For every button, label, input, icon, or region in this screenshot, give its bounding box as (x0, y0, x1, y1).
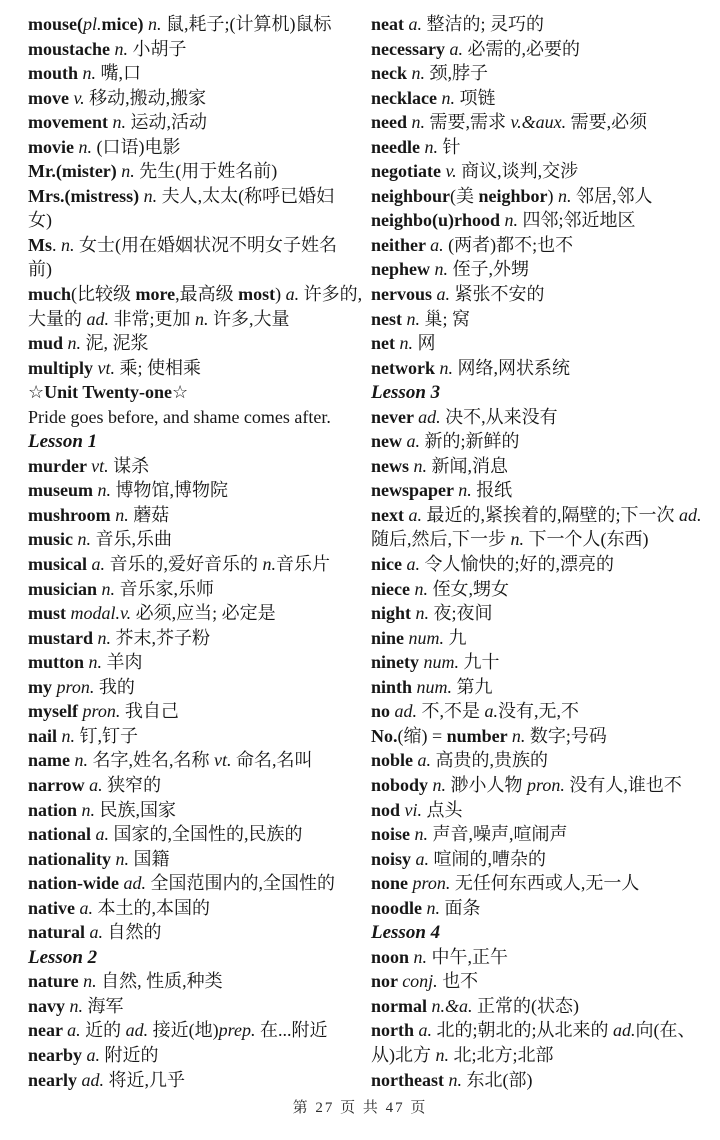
text-segment: n. (78, 137, 92, 157)
text-segment: pl. (83, 14, 102, 34)
text-segment: 嘴,口 (96, 63, 141, 83)
text-segment: a. (419, 1020, 433, 1040)
text-segment: mice) (102, 14, 148, 34)
entry-line: 前) (28, 257, 372, 282)
text-segment: neat (371, 14, 409, 34)
text-segment: ninth (371, 677, 417, 697)
text-segment: 侄子,外甥 (448, 259, 529, 279)
text-segment: neck (371, 63, 412, 83)
text-segment: need (371, 112, 412, 132)
text-segment: a. (407, 431, 421, 451)
text-segment: a. (286, 284, 300, 304)
text-segment: n.&a. (432, 996, 473, 1016)
text-segment: 夜;夜间 (429, 603, 493, 623)
text-segment: ad. (613, 1020, 636, 1040)
text-segment: murder (28, 456, 91, 476)
text-segment: n. (148, 14, 162, 34)
text-segment: n. (83, 63, 97, 83)
text-segment: nationality (28, 849, 116, 869)
text-segment: n. (415, 824, 429, 844)
text-segment: multiply (28, 358, 98, 378)
text-segment: 自然的 (103, 922, 162, 942)
text-segment: 邻居,邻人 (572, 186, 653, 206)
text-segment: v. (445, 161, 456, 181)
text-segment: 乘; 使相乘 (115, 358, 201, 378)
text-segment: n. (263, 554, 277, 574)
entry-line: nephew n. 侄子,外甥 (371, 257, 713, 282)
text-segment: night (371, 603, 416, 623)
entry-line: music n. 音乐,乐曲 (28, 527, 372, 552)
text-segment: pron. (413, 873, 451, 893)
entry-line: mustard n. 芥末,芥子粉 (28, 626, 372, 651)
text-segment: num. (409, 628, 445, 648)
text-segment: 本土的,本国的 (93, 898, 210, 918)
entry-line: news n. 新闻,消息 (371, 454, 713, 479)
text-segment: n. (400, 333, 414, 353)
text-segment: 钉,钉子 (75, 726, 138, 746)
text-segment: 需要,必须 (566, 112, 647, 132)
text-segment: 不,不是 (417, 701, 485, 721)
entry-line: neighbo(u)rhood n. 四邻;邻近地区 (371, 208, 713, 233)
entry-line: movie n. (口语)电影 (28, 135, 372, 160)
text-segment: a. (407, 554, 421, 574)
text-segment: pron. (527, 775, 565, 795)
entry-line: moustache n. 小胡子 (28, 37, 372, 62)
text-segment: a. (418, 750, 432, 770)
text-segment: n. (512, 726, 526, 746)
text-segment: n. (116, 849, 130, 869)
text-segment: mushroom (28, 505, 115, 525)
text-segment: neighbo(u)rhood (371, 210, 505, 230)
text-segment: more (136, 284, 176, 304)
text-segment: 女士(用在婚姻状况不明女子姓名 (75, 235, 338, 255)
text-segment: . (52, 235, 61, 255)
text-segment: 北的;朝北的;从北来的 (432, 1020, 613, 1040)
text-segment: n. (414, 947, 428, 967)
text-segment: Lesson 4 (371, 922, 440, 943)
text-segment: neither (371, 235, 430, 255)
text-segment: musician (28, 579, 102, 599)
text-segment: most (238, 284, 275, 304)
text-segment: 狭窄的 (103, 775, 162, 795)
text-segment: modal.v. (71, 603, 132, 623)
text-segment: nation (28, 800, 82, 820)
text-segment: 在...附近 (256, 1020, 328, 1040)
text-segment: a. (87, 1045, 101, 1065)
text-segment: necessary (371, 39, 449, 59)
text-segment: nearby (28, 1045, 87, 1065)
entry-line: national a. 国家的,全国性的,民族的 (28, 822, 372, 847)
text-segment: ) (275, 284, 286, 304)
text-segment: Mr.(mister) (28, 161, 121, 181)
text-segment: 先生(用于姓名前) (135, 161, 278, 181)
entry-line: negotiate v. 商议,谈判,交涉 (371, 159, 713, 184)
entry-line: narrow a. 狭窄的 (28, 773, 372, 798)
text-segment: n. (427, 898, 441, 918)
text-segment: 令人愉快的;好的,漂亮的 (420, 554, 614, 574)
entry-line: needle n. 针 (371, 135, 713, 160)
text-segment: 点头 (422, 800, 463, 820)
text-segment: northeast (371, 1070, 449, 1090)
text-segment: 需要,需求 (425, 112, 511, 132)
text-segment: ☆ (172, 382, 188, 402)
text-segment: noble (371, 750, 418, 770)
entry-line: move v. 移动,搬动,搬家 (28, 86, 372, 111)
text-segment: 大量的 (28, 309, 87, 329)
text-segment: mutton (28, 652, 89, 672)
entry-line: nice a. 令人愉快的;好的,漂亮的 (371, 552, 713, 577)
text-segment: 运动,活动 (126, 112, 207, 132)
text-segment: 新的;新鲜的 (420, 431, 520, 451)
entry-line: near a. 近的 ad. 接近(地)prep. 在...附近 (28, 1018, 372, 1043)
text-segment: normal (371, 996, 432, 1016)
entry-line: mud n. 泥, 泥浆 (28, 331, 372, 356)
text-segment: n. (83, 971, 97, 991)
text-segment: Lesson 2 (28, 947, 97, 968)
text-segment: negotiate (371, 161, 445, 181)
text-segment: n. (433, 775, 447, 795)
text-segment: a. (437, 284, 451, 304)
entry-line: mouth n. 嘴,口 (28, 61, 372, 86)
text-segment: n. (458, 480, 472, 500)
text-segment: 必需的,必要的 (463, 39, 580, 59)
entry-line: 随后,然后,下一步 n. 下一个人(东西) (371, 527, 713, 552)
text-segment: nest (371, 309, 407, 329)
text-segment: n. (505, 210, 519, 230)
text-segment: 泥, 泥浆 (81, 333, 149, 353)
entry-line: nationality n. 国籍 (28, 847, 372, 872)
text-segment: (比较级 (71, 284, 136, 304)
text-segment: 谋杀 (109, 456, 150, 476)
text-segment: 下一个人(东西) (524, 529, 649, 549)
entry-line: nine num. 九 (371, 626, 713, 651)
text-segment: num. (417, 677, 453, 697)
entry-line: must modal.v. 必须,应当; 必定是 (28, 601, 372, 626)
entry-line: neat a. 整洁的; 灵巧的 (371, 12, 713, 37)
text-segment: n. (98, 480, 112, 500)
text-segment: n. (195, 309, 209, 329)
entry-line: noon n. 中午,正午 (371, 945, 713, 970)
text-segment: nation-wide (28, 873, 124, 893)
text-segment: nine (371, 628, 409, 648)
text-segment: 四邻;邻近地区 (518, 210, 636, 230)
text-segment: n. (435, 259, 449, 279)
text-segment: a. (90, 922, 104, 942)
text-segment: ad. (418, 407, 441, 427)
entry-line: neither a. (两者)都不;也不 (371, 233, 713, 258)
entry-line: museum n. 博物馆,博物院 (28, 478, 372, 503)
entry-line: necessary a. 必需的,必要的 (371, 37, 713, 62)
text-segment: 附近的 (100, 1045, 159, 1065)
entry-line: nearly ad. 将近,几乎 (28, 1068, 372, 1093)
entry-line: noble a. 高贵的,贵族的 (371, 748, 713, 773)
text-segment: 东北(部) (462, 1070, 533, 1090)
text-segment: 接近(地) (148, 1020, 219, 1040)
text-segment: 民族,国家 (95, 800, 176, 820)
text-segment: 音乐的,爱好音乐的 (105, 554, 263, 574)
text-segment: ad. (679, 505, 702, 525)
entry-line: Lesson 1 (28, 429, 372, 454)
entry-line: nation n. 民族,国家 (28, 798, 372, 823)
text-segment: ) (548, 186, 559, 206)
text-segment: (口语)电影 (92, 137, 181, 157)
text-segment: mud (28, 333, 68, 353)
text-segment: a. (416, 849, 430, 869)
text-segment: Unit Twenty-one (44, 382, 172, 402)
text-segment: vt. (214, 750, 232, 770)
text-segment: Ms (28, 235, 52, 255)
text-segment: n. (441, 88, 455, 108)
text-segment: musical (28, 554, 92, 574)
entry-line: nation-wide ad. 全国范围内的,全国性的 (28, 871, 372, 896)
text-segment: navy (28, 996, 70, 1016)
entry-line: myself pron. 我自己 (28, 699, 372, 724)
text-segment: a. (96, 824, 110, 844)
text-segment: nice (371, 554, 407, 574)
text-segment: 第九 (452, 677, 493, 697)
text-segment: needle (371, 137, 425, 157)
text-segment: neighbour (371, 186, 450, 206)
text-segment: n. (144, 186, 158, 206)
text-segment: a. (449, 39, 463, 59)
entry-line: no ad. 不,不是 a.没有,无,不 (371, 699, 713, 724)
entry-line: Pride goes before, and shame comes after… (28, 405, 372, 430)
text-segment: 没有人,谁也不 (565, 775, 682, 795)
text-segment: 鼠,耗子;(计算机)鼠标 (161, 14, 331, 34)
text-segment: north (371, 1020, 419, 1040)
text-segment: narrow (28, 775, 89, 795)
text-segment: 渺小人物 (446, 775, 527, 795)
text-segment: 没有,无,不 (498, 701, 579, 721)
text-segment: much (28, 284, 71, 304)
text-segment: necklace (371, 88, 441, 108)
text-segment: n. (412, 112, 426, 132)
text-segment: 前) (28, 259, 52, 279)
text-segment: 国家的,全国性的,民族的 (109, 824, 303, 844)
text-segment: 近的 (81, 1020, 126, 1040)
text-segment: nervous (371, 284, 437, 304)
text-segment: n. (440, 358, 454, 378)
text-segment: a. (485, 701, 499, 721)
entry-line: nature n. 自然, 性质,种类 (28, 969, 372, 994)
text-segment: nor (371, 971, 402, 991)
text-segment: 国籍 (129, 849, 170, 869)
text-segment: move (28, 88, 73, 108)
text-segment: No. (371, 726, 398, 746)
text-segment: 颈,脖子 (425, 63, 488, 83)
text-segment: 海军 (83, 996, 124, 1016)
entry-line: musical a. 音乐的,爱好音乐的 n.音乐片 (28, 552, 372, 577)
text-segment: 侄女,甥女 (428, 579, 509, 599)
text-segment: 报纸 (472, 480, 513, 500)
text-segment: vt. (98, 358, 116, 378)
entry-line: noisy a. 喧闹的,嘈杂的 (371, 847, 713, 872)
text-segment: no (371, 701, 395, 721)
text-segment: 音乐,乐曲 (91, 529, 172, 549)
text-segment: 许多的, (299, 284, 362, 304)
text-segment: n. (98, 628, 112, 648)
text-segment: near (28, 1020, 67, 1040)
text-segment: 羊肉 (102, 652, 143, 672)
text-segment: 整洁的; 灵巧的 (422, 14, 544, 34)
text-segment: nail (28, 726, 62, 746)
text-segment: 针 (438, 137, 461, 157)
text-segment: v. (73, 88, 84, 108)
text-segment: moustache (28, 39, 115, 59)
text-segment: vt. (91, 456, 109, 476)
entry-line: northeast n. 东北(部) (371, 1068, 713, 1093)
text-segment: 九十 (459, 652, 500, 672)
text-segment: a. (80, 898, 94, 918)
text-segment: movement (28, 112, 112, 132)
entry-line: native a. 本土的,本国的 (28, 896, 372, 921)
text-segment: ad. (395, 701, 418, 721)
entry-line: network n. 网络,网状系统 (371, 356, 713, 381)
entry-line: much(比较级 more,最高级 most) a. 许多的, (28, 282, 372, 307)
entry-line: neck n. 颈,脖子 (371, 61, 713, 86)
entry-line: No.(缩) = number n. 数字;号码 (371, 724, 713, 749)
text-segment: 将近,几乎 (104, 1070, 185, 1090)
text-segment: 高贵的,贵族的 (431, 750, 548, 770)
text-segment: 非常;更加 (109, 309, 195, 329)
text-segment: a. (409, 505, 423, 525)
text-segment: next (371, 505, 409, 525)
text-segment: my (28, 677, 57, 697)
text-segment: 喧闹的,嘈杂的 (429, 849, 546, 869)
text-segment: 巢; 窝 (420, 309, 470, 329)
text-segment: 向(在、 (636, 1020, 696, 1040)
text-segment: pron. (82, 701, 120, 721)
text-segment: noisy (371, 849, 416, 869)
text-segment: ninety (371, 652, 424, 672)
text-segment: noon (371, 947, 414, 967)
text-segment: noise (371, 824, 415, 844)
entry-line: Mr.(mister) n. 先生(用于姓名前) (28, 159, 372, 184)
text-segment: n. (61, 235, 75, 255)
text-segment: prep. (219, 1020, 256, 1040)
text-segment: 小胡子 (128, 39, 187, 59)
text-segment: must (28, 603, 71, 623)
text-segment: native (28, 898, 80, 918)
text-segment: num. (424, 652, 460, 672)
entry-line: name n. 名字,姓名,名称 vt. 命名,名叫 (28, 748, 372, 773)
text-segment: 决不,从来没有 (441, 407, 558, 427)
text-segment: ad. (126, 1020, 149, 1040)
text-segment: 面条 (440, 898, 481, 918)
text-segment: national (28, 824, 96, 844)
text-segment: Mrs.(mistress) (28, 186, 144, 206)
entry-line: need n. 需要,需求 v.&aux. 需要,必须 (371, 110, 713, 135)
text-segment: 夫人,太太(称呼已婚妇 (157, 186, 334, 206)
text-segment: n. (78, 529, 92, 549)
entry-line: new a. 新的;新鲜的 (371, 429, 713, 454)
text-segment: nearly (28, 1070, 82, 1090)
text-segment: number (447, 726, 512, 746)
text-segment: n. (414, 456, 428, 476)
text-segment: conj. (402, 971, 438, 991)
text-segment: Lesson 1 (28, 431, 97, 452)
entry-line: net n. 网 (371, 331, 713, 356)
text-segment: a. (89, 775, 103, 795)
entry-line: niece n. 侄女,甥女 (371, 577, 713, 602)
text-segment: ad. (124, 873, 147, 893)
entry-line: movement n. 运动,活动 (28, 110, 372, 135)
text-segment: 正常的(状态) (473, 996, 580, 1016)
text-segment: n. (558, 186, 572, 206)
text-segment: n. (407, 309, 421, 329)
text-segment: 自然, 性质,种类 (97, 971, 223, 991)
text-segment: n. (412, 63, 426, 83)
text-segment: 我自己 (120, 701, 179, 721)
entry-line: musician n. 音乐家,乐师 (28, 577, 372, 602)
entry-line: murder vt. 谋杀 (28, 454, 372, 479)
text-segment: 项链 (455, 88, 496, 108)
text-segment: a. (409, 14, 423, 34)
entry-line: 女) (28, 208, 372, 233)
text-segment: 中午,正午 (427, 947, 508, 967)
text-segment: n. (449, 1070, 463, 1090)
entry-line: Ms. n. 女士(用在婚姻状况不明女子姓名 (28, 233, 372, 258)
text-segment: niece (371, 579, 414, 599)
entry-line: normal n.&a. 正常的(状态) (371, 994, 713, 1019)
text-segment: ,最高级 (175, 284, 238, 304)
text-segment: 博物馆,博物院 (111, 480, 228, 500)
text-segment: never (371, 407, 418, 427)
text-segment: nobody (371, 775, 433, 795)
entry-line: nearby a. 附近的 (28, 1043, 372, 1068)
text-segment: a. (92, 554, 106, 574)
entry-line: necklace n. 项链 (371, 86, 713, 111)
text-segment: 名字,姓名,名称 (88, 750, 214, 770)
text-segment: v.&aux. (511, 112, 567, 132)
text-segment: vi. (405, 800, 423, 820)
text-segment: myself (28, 701, 82, 721)
page-number-footer: 第 27 页 共 47 页 (0, 1096, 720, 1117)
text-segment: ad. (87, 309, 110, 329)
text-segment: nod (371, 800, 405, 820)
text-segment: 九 (444, 628, 467, 648)
text-segment: 移动,搬动,搬家 (85, 88, 207, 108)
entry-line: nervous a. 紧张不安的 (371, 282, 713, 307)
entry-line: ☆Unit Twenty-one☆ (28, 380, 372, 405)
text-segment: 随后,然后,下一步 (371, 529, 511, 549)
entry-line: 从)北方 n. 北;北方;北部 (371, 1043, 713, 1068)
text-segment: n. (102, 579, 116, 599)
text-segment: n. (414, 579, 428, 599)
entry-line: my pron. 我的 (28, 675, 372, 700)
text-segment: museum (28, 480, 98, 500)
text-segment: movie (28, 137, 78, 157)
entry-line: nod vi. 点头 (371, 798, 713, 823)
text-segment: 无任何东西或人,无一人 (450, 873, 639, 893)
entry-line: Lesson 3 (371, 380, 713, 405)
text-segment: 命名,名叫 (232, 750, 313, 770)
text-segment: 许多,大量 (209, 309, 290, 329)
text-segment: 新闻,消息 (427, 456, 508, 476)
text-segment: n. (89, 652, 103, 672)
text-segment: newspaper (371, 480, 458, 500)
entry-line: mutton n. 羊肉 (28, 650, 372, 675)
text-segment: net (371, 333, 400, 353)
text-segment: 蘑菇 (129, 505, 170, 525)
text-segment: Lesson 3 (371, 382, 440, 403)
entry-line: Mrs.(mistress) n. 夫人,太太(称呼已婚妇 (28, 184, 372, 209)
text-segment: n. (75, 750, 89, 770)
text-segment: 音乐片 (276, 554, 330, 574)
entry-line: north a. 北的;朝北的;从北来的 ad.向(在、 (371, 1018, 713, 1043)
text-segment: 北;北方;北部 (449, 1045, 554, 1065)
text-segment: n. (115, 505, 129, 525)
